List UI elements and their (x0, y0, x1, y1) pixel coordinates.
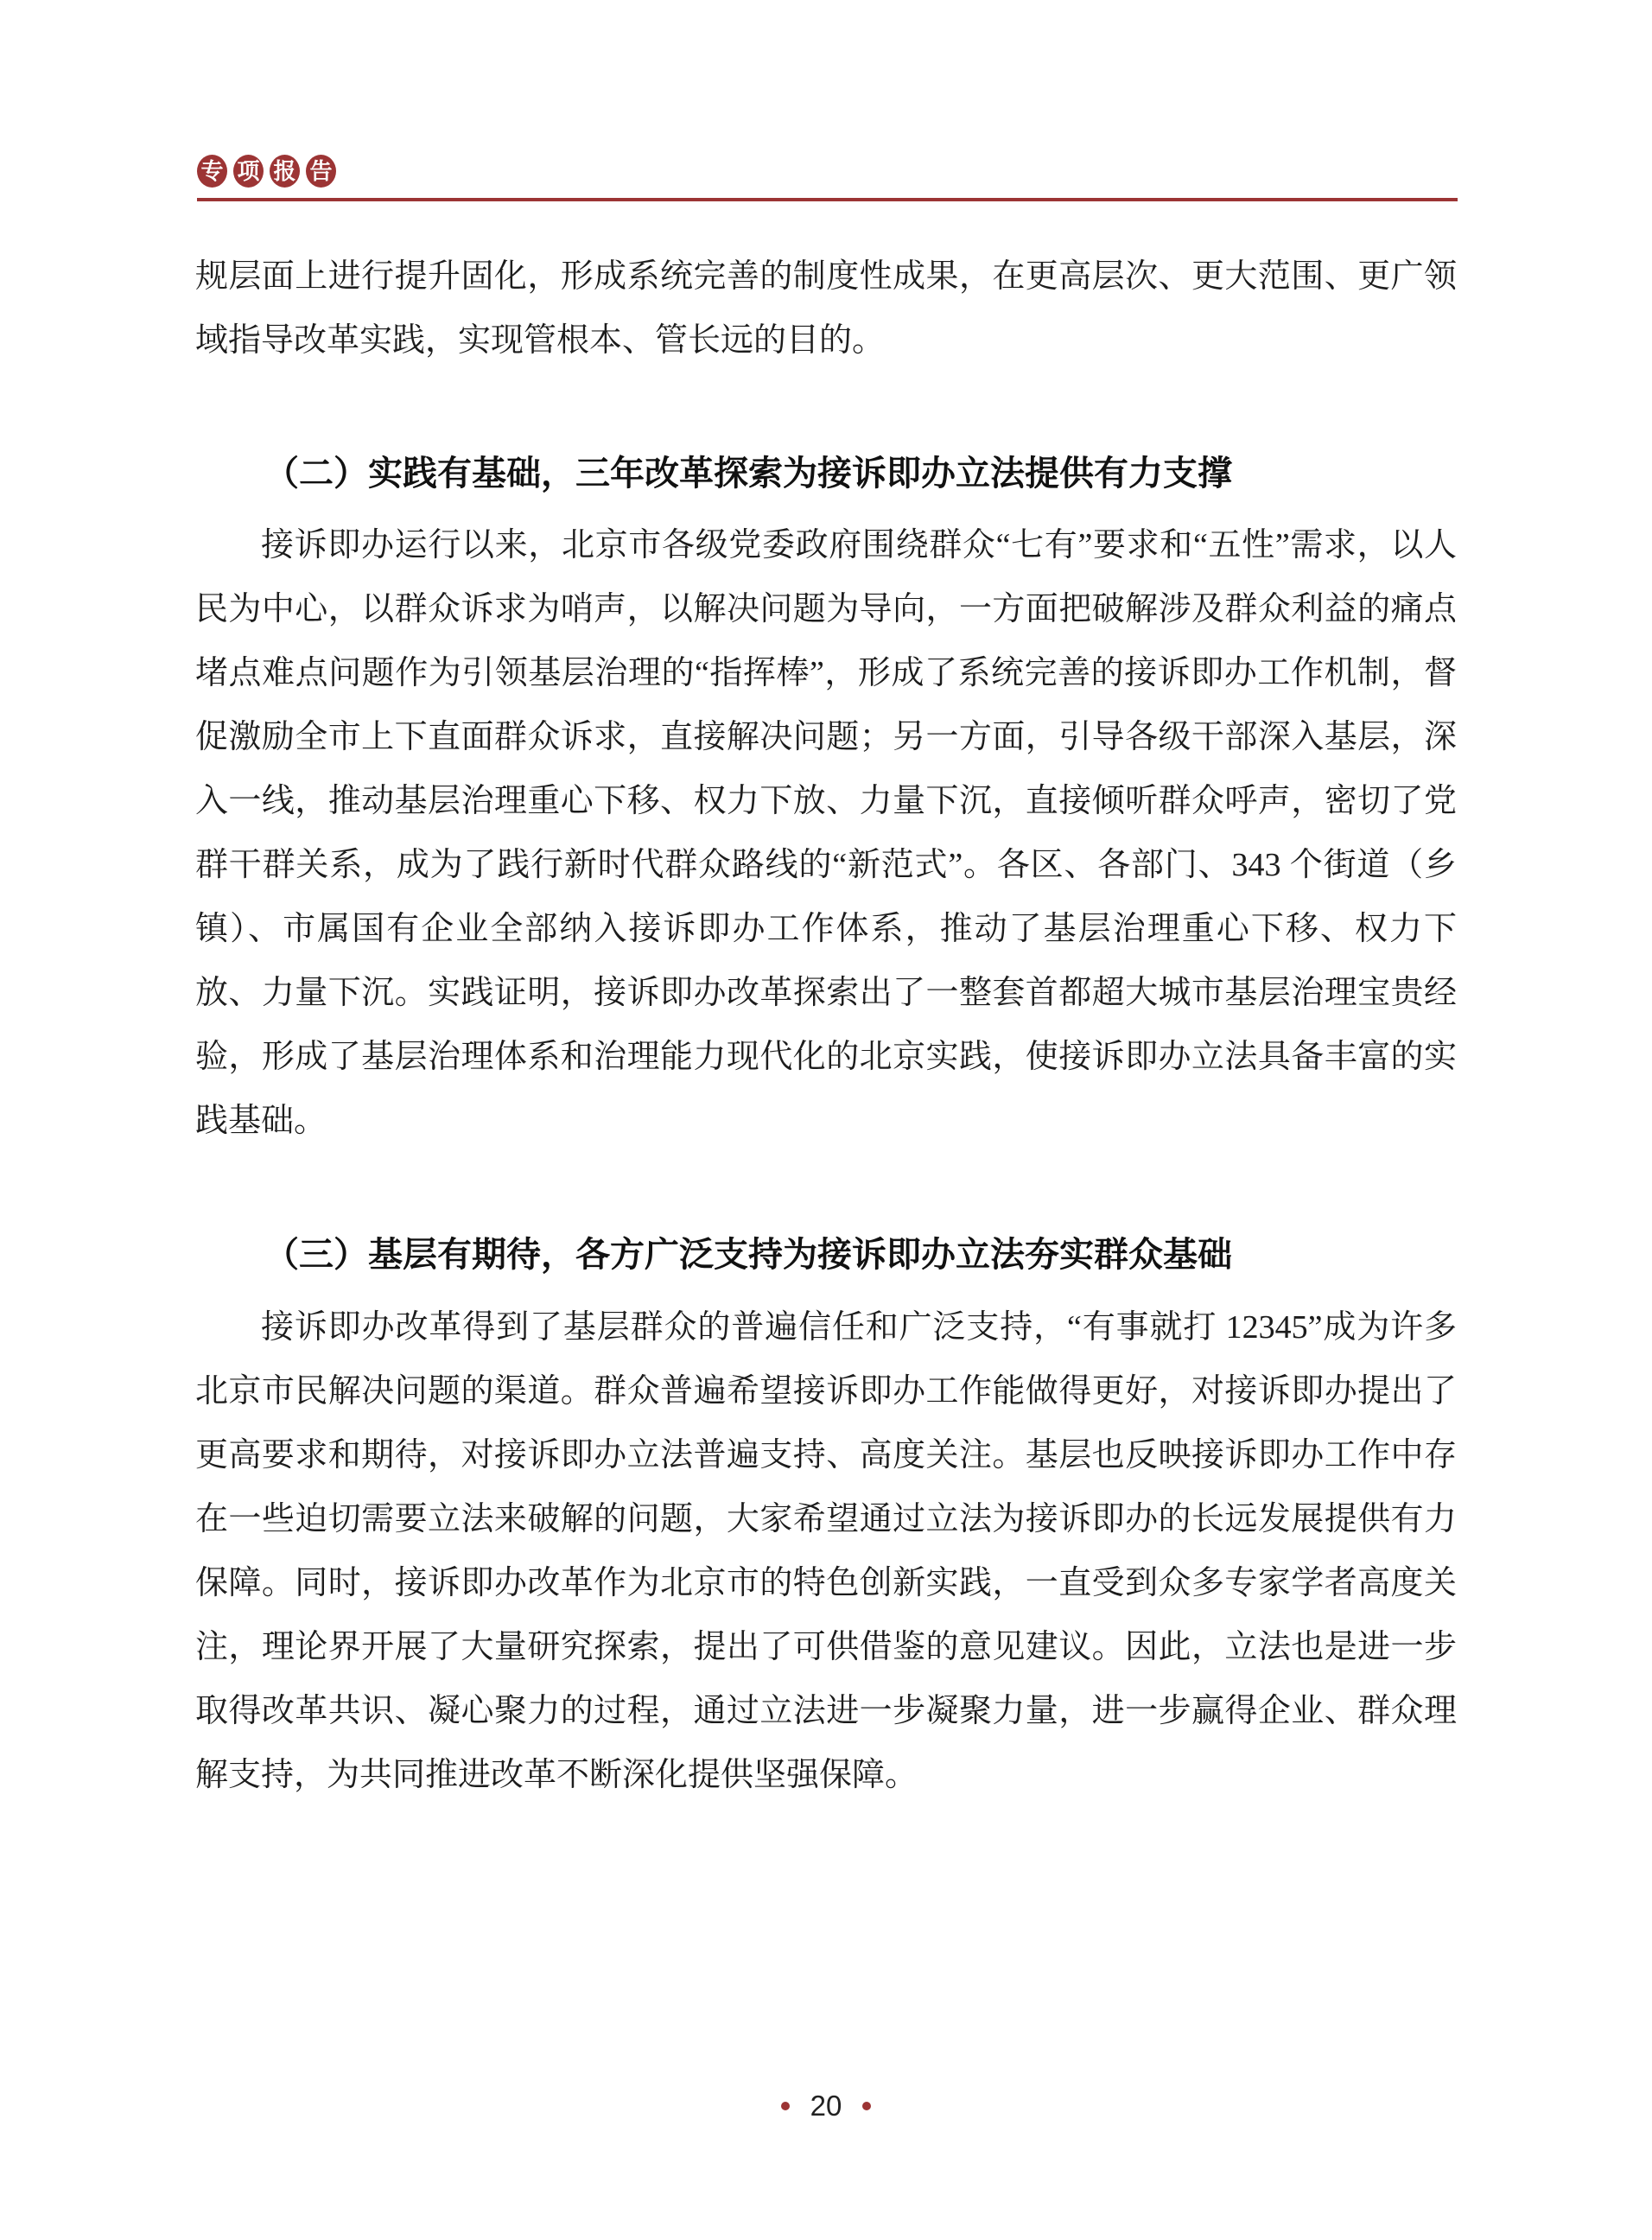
report-type-badge-group: 专 项 报 告 (197, 155, 336, 188)
badge-char-2: 项 (233, 155, 264, 188)
section-2-heading: （二）实践有基础，三年改革探索为接诉即办立法提供有力支撑 (195, 442, 1457, 506)
badge-char-4: 告 (306, 155, 336, 188)
page-footer: 20 (0, 2091, 1652, 2120)
section-3-paragraph: 接诉即办改革得到了基层群众的普遍信任和广泛支持，“有事就打 12345”成为许多… (195, 1295, 1457, 1807)
page-number: 20 (810, 2091, 842, 2120)
report-page: 专 项 报 告 规层面上进行提升固化，形成系统完善的制度性成果，在更高层次、更大… (0, 0, 1652, 2240)
badge-char-3: 报 (270, 155, 300, 188)
footer-dot-left-icon (781, 2102, 790, 2110)
continued-paragraph: 规层面上进行提升固化，形成系统完善的制度性成果，在更高层次、更大范围、更广领域指… (195, 245, 1457, 372)
section-3-heading: （三）基层有期待，各方广泛支持为接诉即办立法夯实群众基础 (195, 1223, 1457, 1287)
header-divider-rule (197, 198, 1458, 201)
document-content: 规层面上进行提升固化，形成系统完善的制度性成果，在更高层次、更大范围、更广领域指… (195, 245, 1457, 1807)
footer-dot-right-icon (862, 2102, 871, 2110)
section-2-paragraph: 接诉即办运行以来，北京市各级党委政府围绕群众“七有”要求和“五性”需求，以人民为… (195, 513, 1457, 1153)
badge-char-1: 专 (197, 155, 227, 188)
